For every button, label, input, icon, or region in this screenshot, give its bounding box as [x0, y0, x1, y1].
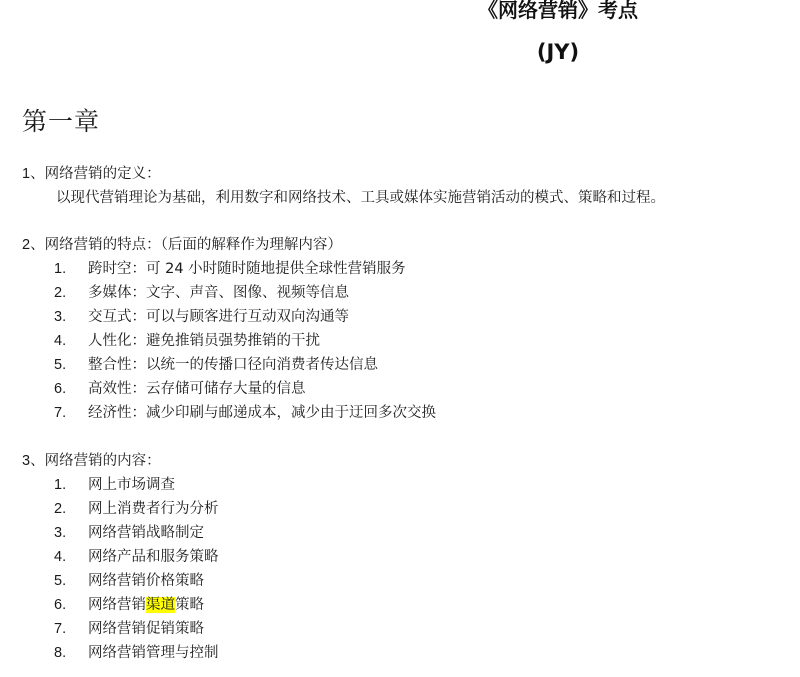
section-title: 网络营销的定义：: [45, 166, 161, 182]
item-number: 7.: [54, 403, 88, 423]
item-number: 4.: [54, 331, 88, 351]
item-text: 整合性：以统一的传播口径向消费者传达信息: [88, 357, 378, 373]
item-text: 策略: [175, 597, 204, 613]
list-item: 1.跨时空：可 24 小时随时随地提供全球性营销服务: [54, 259, 406, 279]
item-number: 3.: [54, 523, 88, 543]
item-number: 1.: [54, 259, 88, 279]
list-item: 5.整合性：以统一的传播口径向消费者传达信息: [54, 355, 378, 375]
document-title: 《网络营销》考点: [0, 0, 800, 23]
list-item: 3.交互式：可以与顾客进行互动双向沟通等: [54, 307, 349, 327]
item-text: 网络营销战略制定: [88, 525, 204, 541]
item-number: 6.: [54, 595, 88, 615]
item-number: 4.: [54, 547, 88, 567]
section-number: 3、: [22, 453, 45, 469]
item-text: 多媒体：文字、声音、图像、视频等信息: [88, 285, 349, 301]
section-title: 网络营销的特点：（后面的解释作为理解内容）: [45, 237, 342, 253]
list-item: 8.网络营销管理与控制: [54, 643, 219, 663]
item-text: 网络营销管理与控制: [88, 645, 219, 661]
item-number: 1.: [54, 475, 88, 495]
item-text: 跨时空：可 24 小时随时随地提供全球性营销服务: [88, 261, 406, 277]
list-item: 2.网上消费者行为分析: [54, 499, 219, 519]
section-title: 网络营销的内容：: [45, 453, 161, 469]
list-item: 2.多媒体：文字、声音、图像、视频等信息: [54, 283, 349, 303]
item-text: 高效性：云存储可储存大量的信息: [88, 381, 306, 397]
item-number: 2.: [54, 499, 88, 519]
list-item: 6.网络营销渠道策略: [54, 595, 204, 615]
highlighted-text: 渠道: [146, 597, 175, 613]
item-text: 人性化：避免推销员强势推销的干扰: [88, 333, 320, 349]
list-item: 4.人性化：避免推销员强势推销的干扰: [54, 331, 320, 351]
list-item: 7.经济性：减少印刷与邮递成本，减少由于迂回多次交换: [54, 403, 436, 423]
item-text: 网络营销: [88, 597, 146, 613]
item-number: 5.: [54, 571, 88, 591]
item-number: 2.: [54, 283, 88, 303]
section-1-heading: 1、网络营销的定义：: [22, 164, 161, 184]
item-number: 6.: [54, 379, 88, 399]
section-2-heading: 2、网络营销的特点：（后面的解释作为理解内容）: [22, 235, 342, 255]
item-text: 交互式：可以与顾客进行互动双向沟通等: [88, 309, 349, 325]
item-number: 5.: [54, 355, 88, 375]
document-subtitle: (JY): [0, 40, 800, 64]
item-text: 网上消费者行为分析: [88, 501, 219, 517]
item-text: 经济性：减少印刷与邮递成本，减少由于迂回多次交换: [88, 405, 436, 421]
item-text: 网络产品和服务策略: [88, 549, 219, 565]
list-item: 4.网络产品和服务策略: [54, 547, 219, 567]
chapter-heading: 第一章: [22, 102, 100, 138]
list-item: 1.网上市场调查: [54, 475, 175, 495]
section-number: 1、: [22, 166, 45, 182]
definition-paragraph: 以现代营销理论为基础，利用数字和网络技术、工具或媒体实施营销活动的模式、策略和过…: [56, 188, 665, 208]
item-text: 网络营销促销策略: [88, 621, 204, 637]
list-item: 7.网络营销促销策略: [54, 619, 204, 639]
list-item: 6.高效性：云存储可储存大量的信息: [54, 379, 306, 399]
item-number: 3.: [54, 307, 88, 327]
item-text: 网上市场调查: [88, 477, 175, 493]
item-number: 8.: [54, 643, 88, 663]
section-3-heading: 3、网络营销的内容：: [22, 451, 161, 471]
item-number: 7.: [54, 619, 88, 639]
list-item: 5.网络营销价格策略: [54, 571, 204, 591]
list-item: 3.网络营销战略制定: [54, 523, 204, 543]
item-text: 网络营销价格策略: [88, 573, 204, 589]
section-number: 2、: [22, 237, 45, 253]
